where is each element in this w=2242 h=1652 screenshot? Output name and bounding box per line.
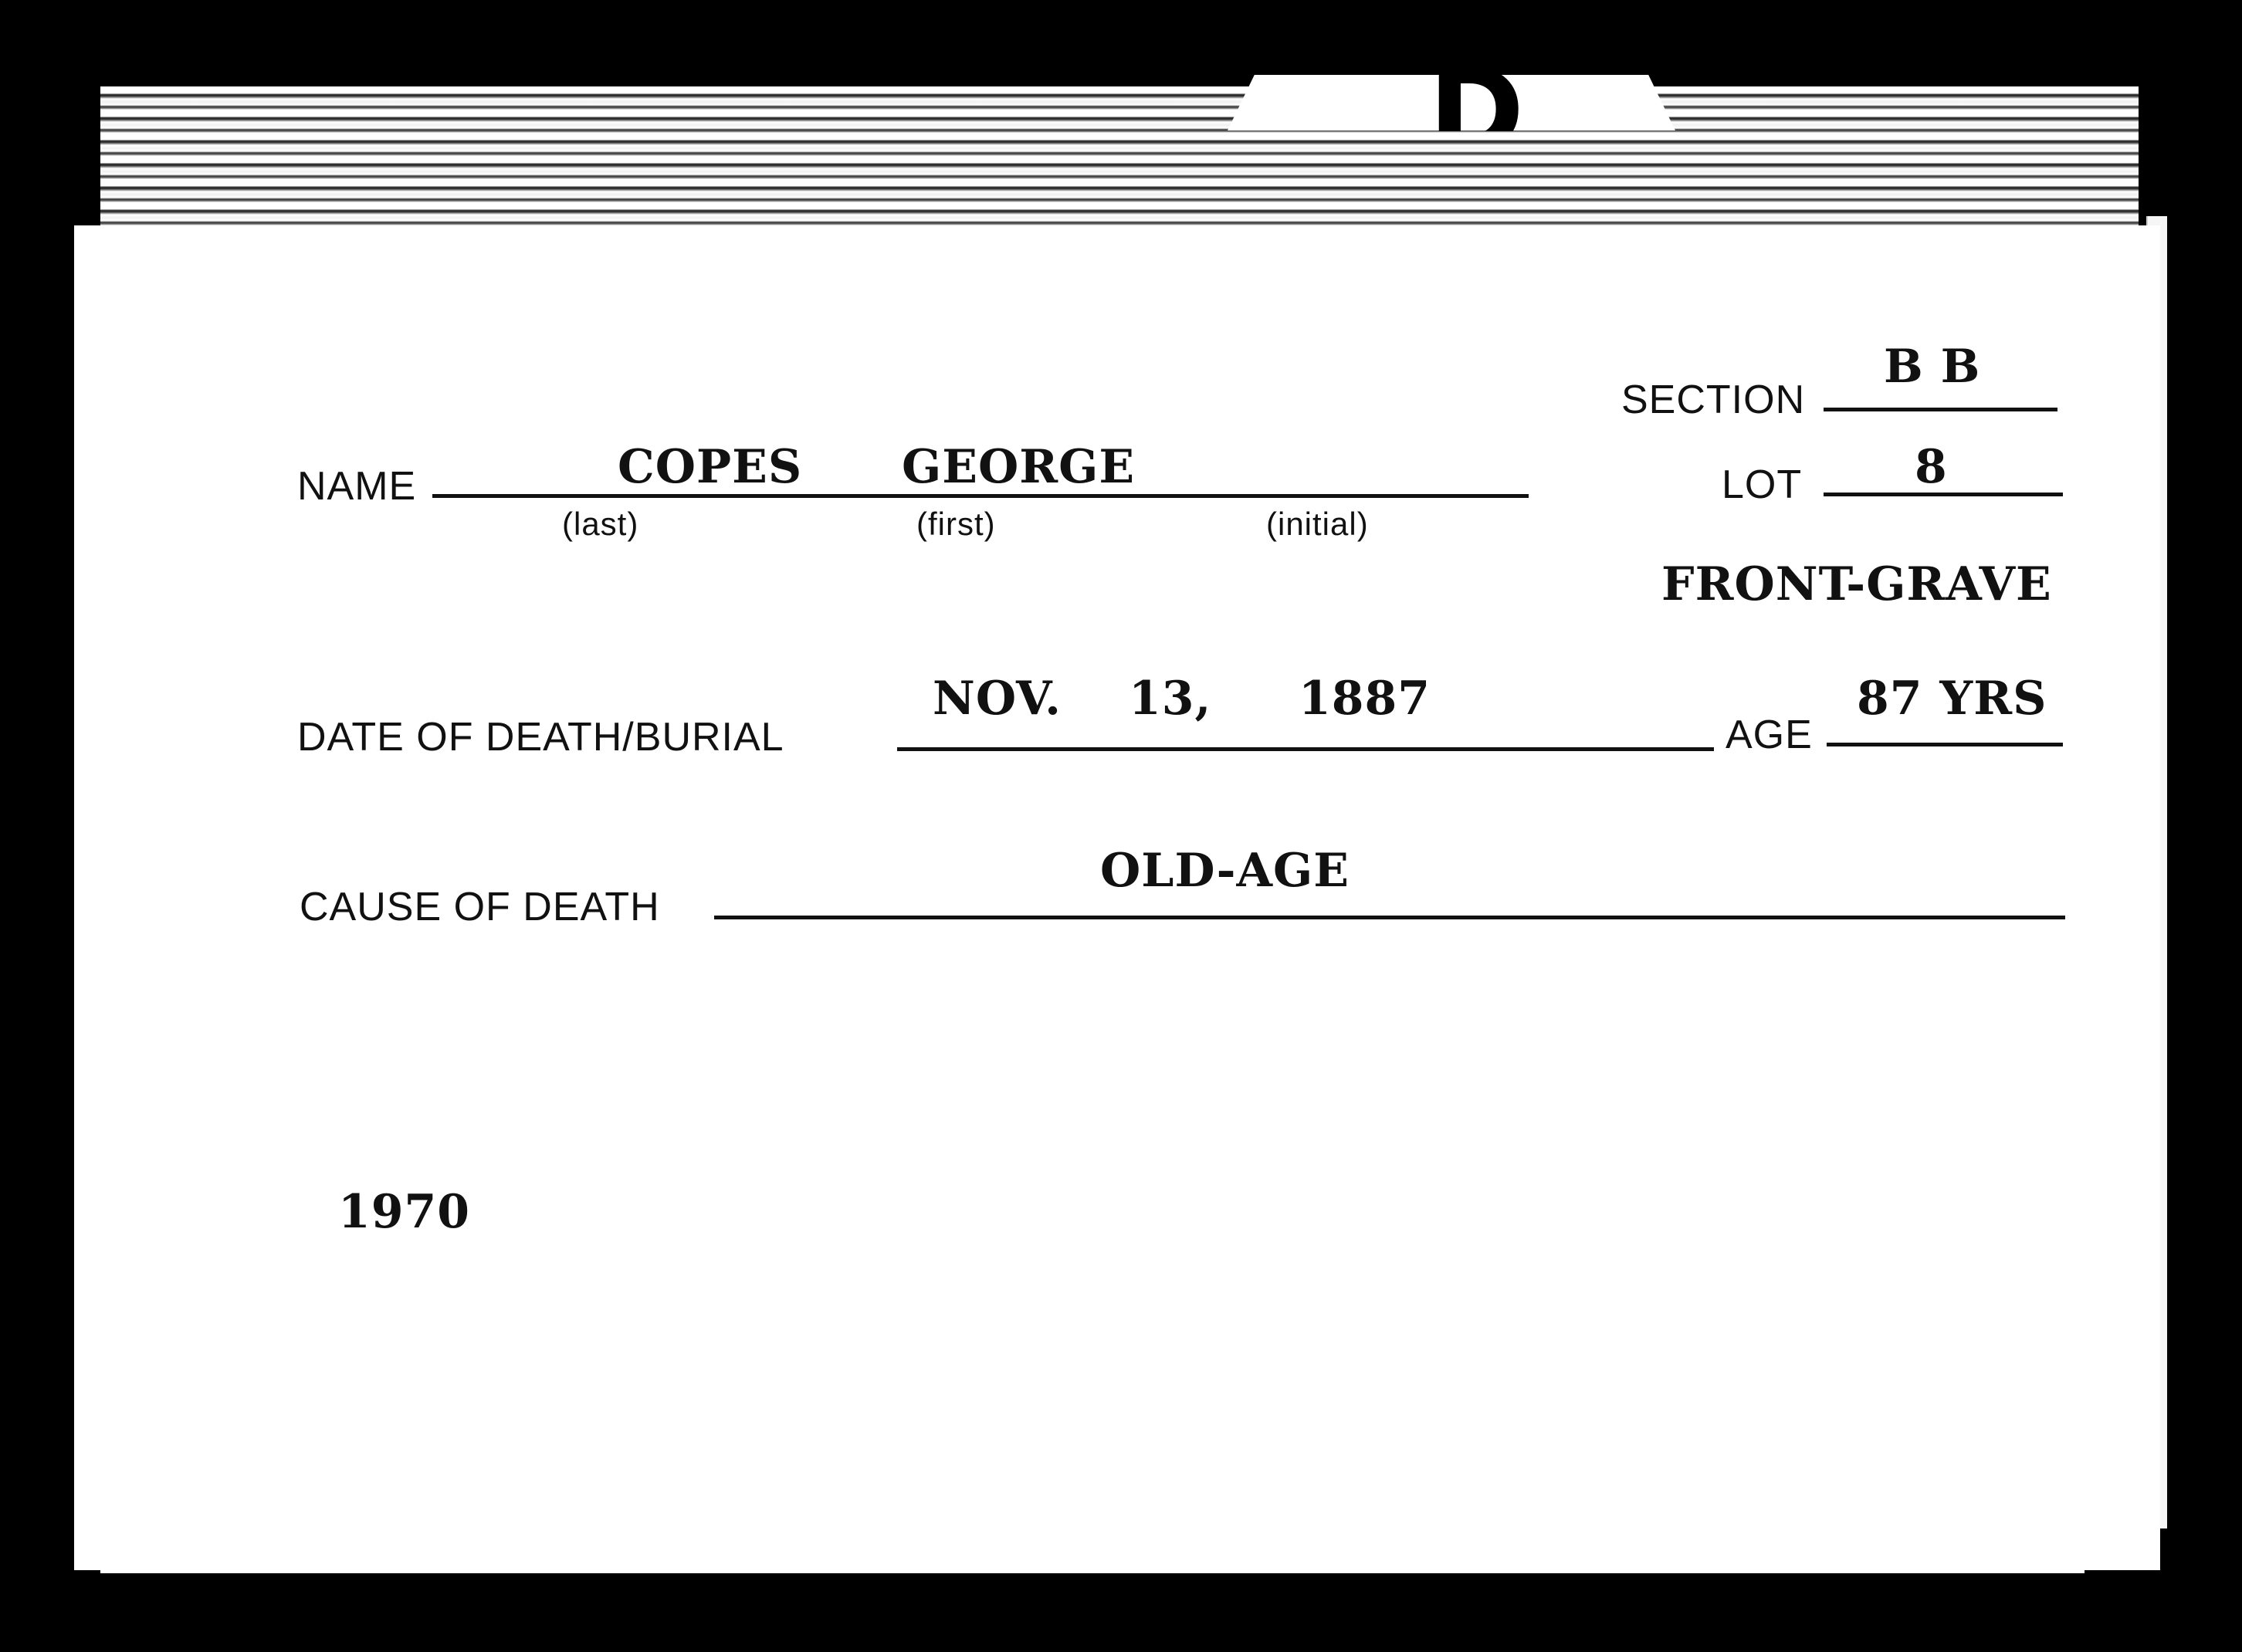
date-of-death-line (897, 747, 1714, 751)
death-year-value: 1887 (1299, 672, 1431, 726)
age-label: AGE (1726, 712, 1813, 758)
initial-sublabel: (initial) (1266, 506, 1369, 543)
death-month-value: NOV. (933, 672, 1062, 726)
lot-value: 8 (1915, 440, 1948, 494)
death-day-value: 13, (1129, 672, 1211, 726)
first-name-value: GEORGE (902, 440, 1135, 494)
grave-location-note: FRONT-GRAVE (1661, 557, 2052, 611)
cause-of-death-label: CAUSE OF DEATH (300, 884, 660, 930)
name-line (432, 494, 1529, 498)
cause-of-death-line (714, 916, 2065, 919)
date-of-death-label: DATE OF DEATH/BURIAL (297, 714, 784, 760)
last-name-value: COPES (618, 440, 802, 494)
card-stack-edges (100, 86, 2139, 229)
first-sublabel: (first) (916, 506, 996, 543)
record-year: 1970 (338, 1185, 470, 1239)
name-label: NAME (297, 463, 416, 509)
section-value: B B (1884, 340, 1980, 394)
last-sublabel: (last) (562, 506, 638, 543)
lot-label: LOT (1722, 462, 1802, 508)
index-tab-letter: D (1428, 54, 1525, 131)
section-label: SECTION (1621, 377, 1805, 423)
age-value: 87 YRS (1857, 672, 2047, 726)
cause-of-death-value: OLD-AGE (1100, 844, 1350, 898)
age-line (1827, 743, 2063, 746)
section-line (1824, 408, 2057, 411)
